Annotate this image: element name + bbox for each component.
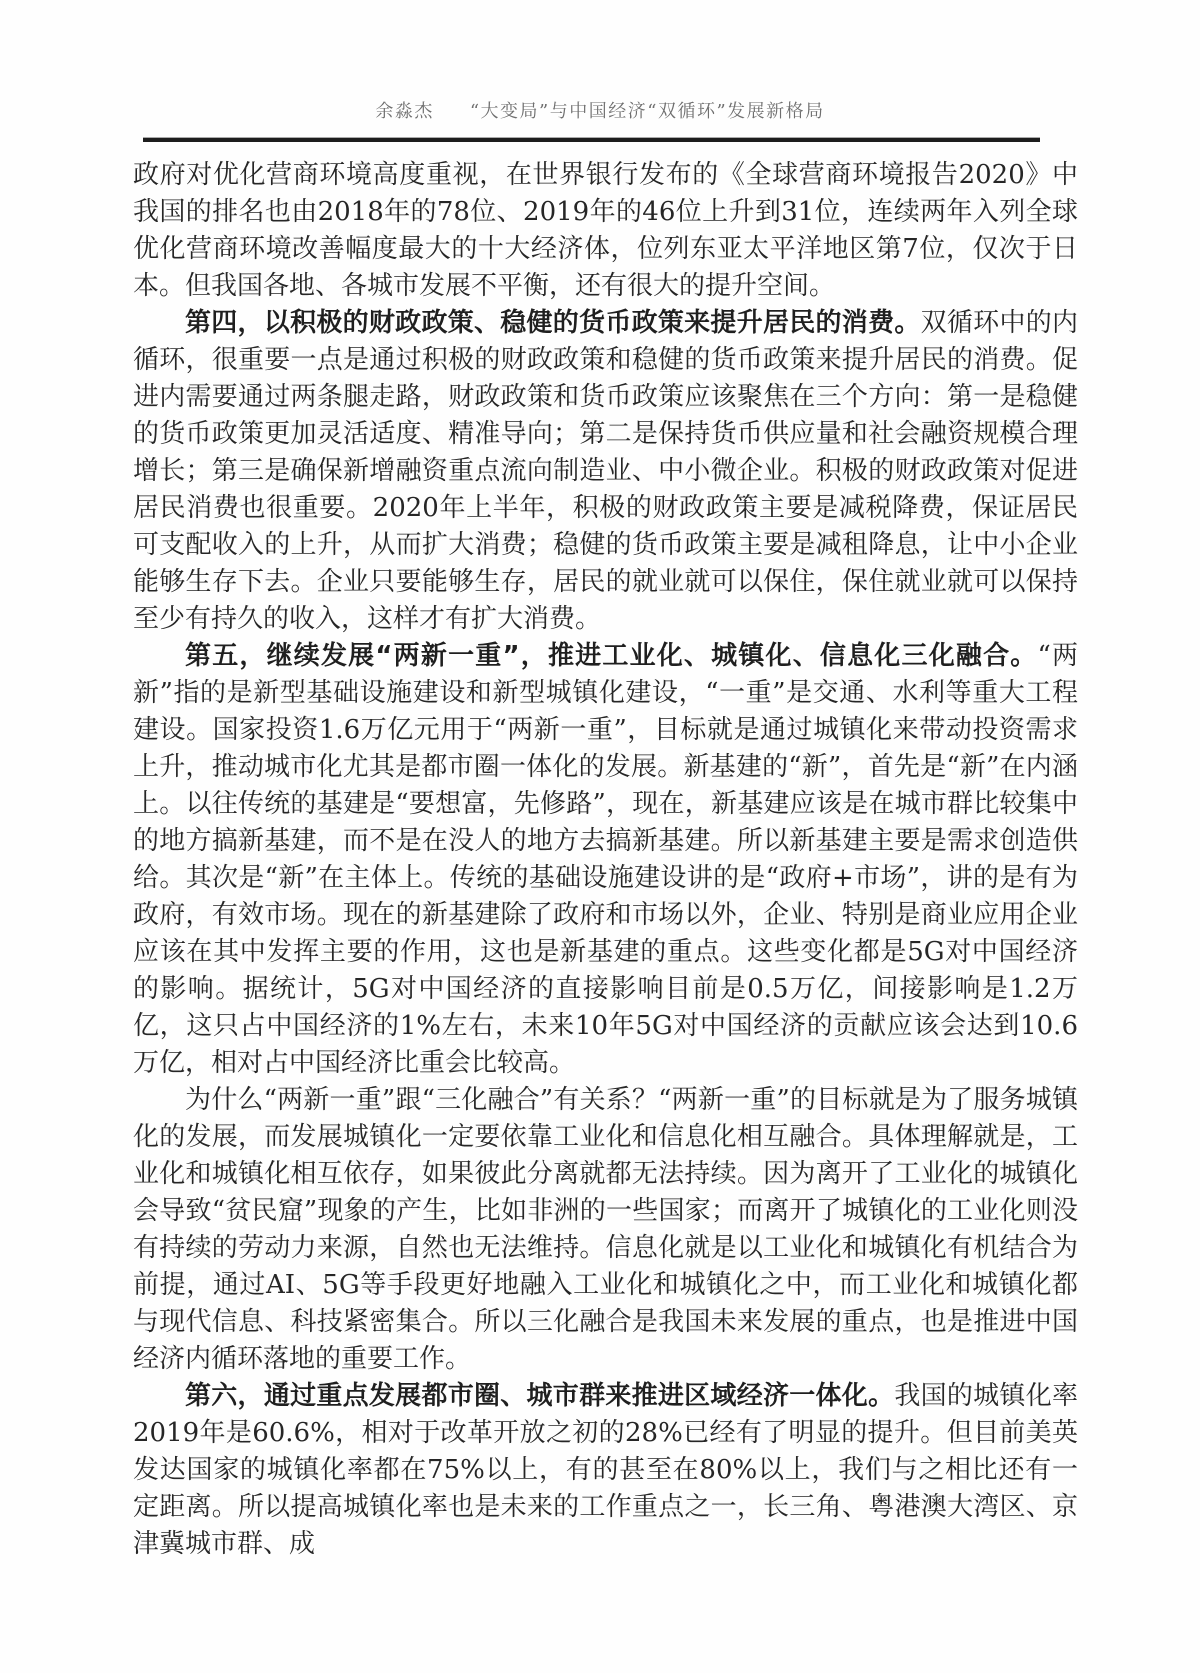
paragraph-2-lead: 第四，以积极的财政政策、稳健的货币政策来提升居民的消费。 xyxy=(185,308,921,338)
document-page: 余淼杰“大变局”与中国经济“双循环”发展新格局 政府对优化营商环境高度重视，在世… xyxy=(0,0,1200,1673)
paragraph-4-text: 为什么“两新一重”跟“三化融合”有关系？“两新一重”的目标就是为了服务城镇化的发… xyxy=(133,1085,1078,1374)
running-head-author: 余淼杰 xyxy=(375,101,434,122)
paragraph-4: 为什么“两新一重”跟“三化融合”有关系？“两新一重”的目标就是为了服务城镇化的发… xyxy=(133,1082,1078,1378)
header-rule xyxy=(143,137,1040,142)
running-head: 余淼杰“大变局”与中国经济“双循环”发展新格局 xyxy=(0,97,1200,123)
paragraph-5-lead: 第六，通过重点发展都市圈、城市群来推进区域经济一体化。 xyxy=(185,1381,894,1411)
article-body: 政府对优化营商环境高度重视，在世界银行发布的《全球营商环境报告2020》中我国的… xyxy=(133,157,1078,1563)
running-head-title: “大变局”与中国经济“双循环”发展新格局 xyxy=(470,101,825,122)
paragraph-5: 第六，通过重点发展都市圈、城市群来推进区域经济一体化。我国的城镇化率2019年是… xyxy=(133,1378,1078,1563)
paragraph-3: 第五，继续发展“两新一重”，推进工业化、城镇化、信息化三化融合。“两新”指的是新… xyxy=(133,638,1078,1082)
paragraph-3-lead: 第五，继续发展“两新一重”，推进工业化、城镇化、信息化三化融合。 xyxy=(185,641,1038,671)
paragraph-2-text: 双循环中的内循环，很重要一点是通过积极的财政政策和稳健的货币政策来提升居民的消费… xyxy=(133,308,1078,634)
paragraph-1: 政府对优化营商环境高度重视，在世界银行发布的《全球营商环境报告2020》中我国的… xyxy=(133,157,1078,305)
paragraph-2: 第四，以积极的财政政策、稳健的货币政策来提升居民的消费。双循环中的内循环，很重要… xyxy=(133,305,1078,638)
paragraph-3-text: “两新”指的是新型基础设施建设和新型城镇化建设，“一重”是交通、水利等重大工程建… xyxy=(133,641,1078,1078)
paragraph-1-text: 政府对优化营商环境高度重视，在世界银行发布的《全球营商环境报告2020》中我国的… xyxy=(133,160,1078,301)
